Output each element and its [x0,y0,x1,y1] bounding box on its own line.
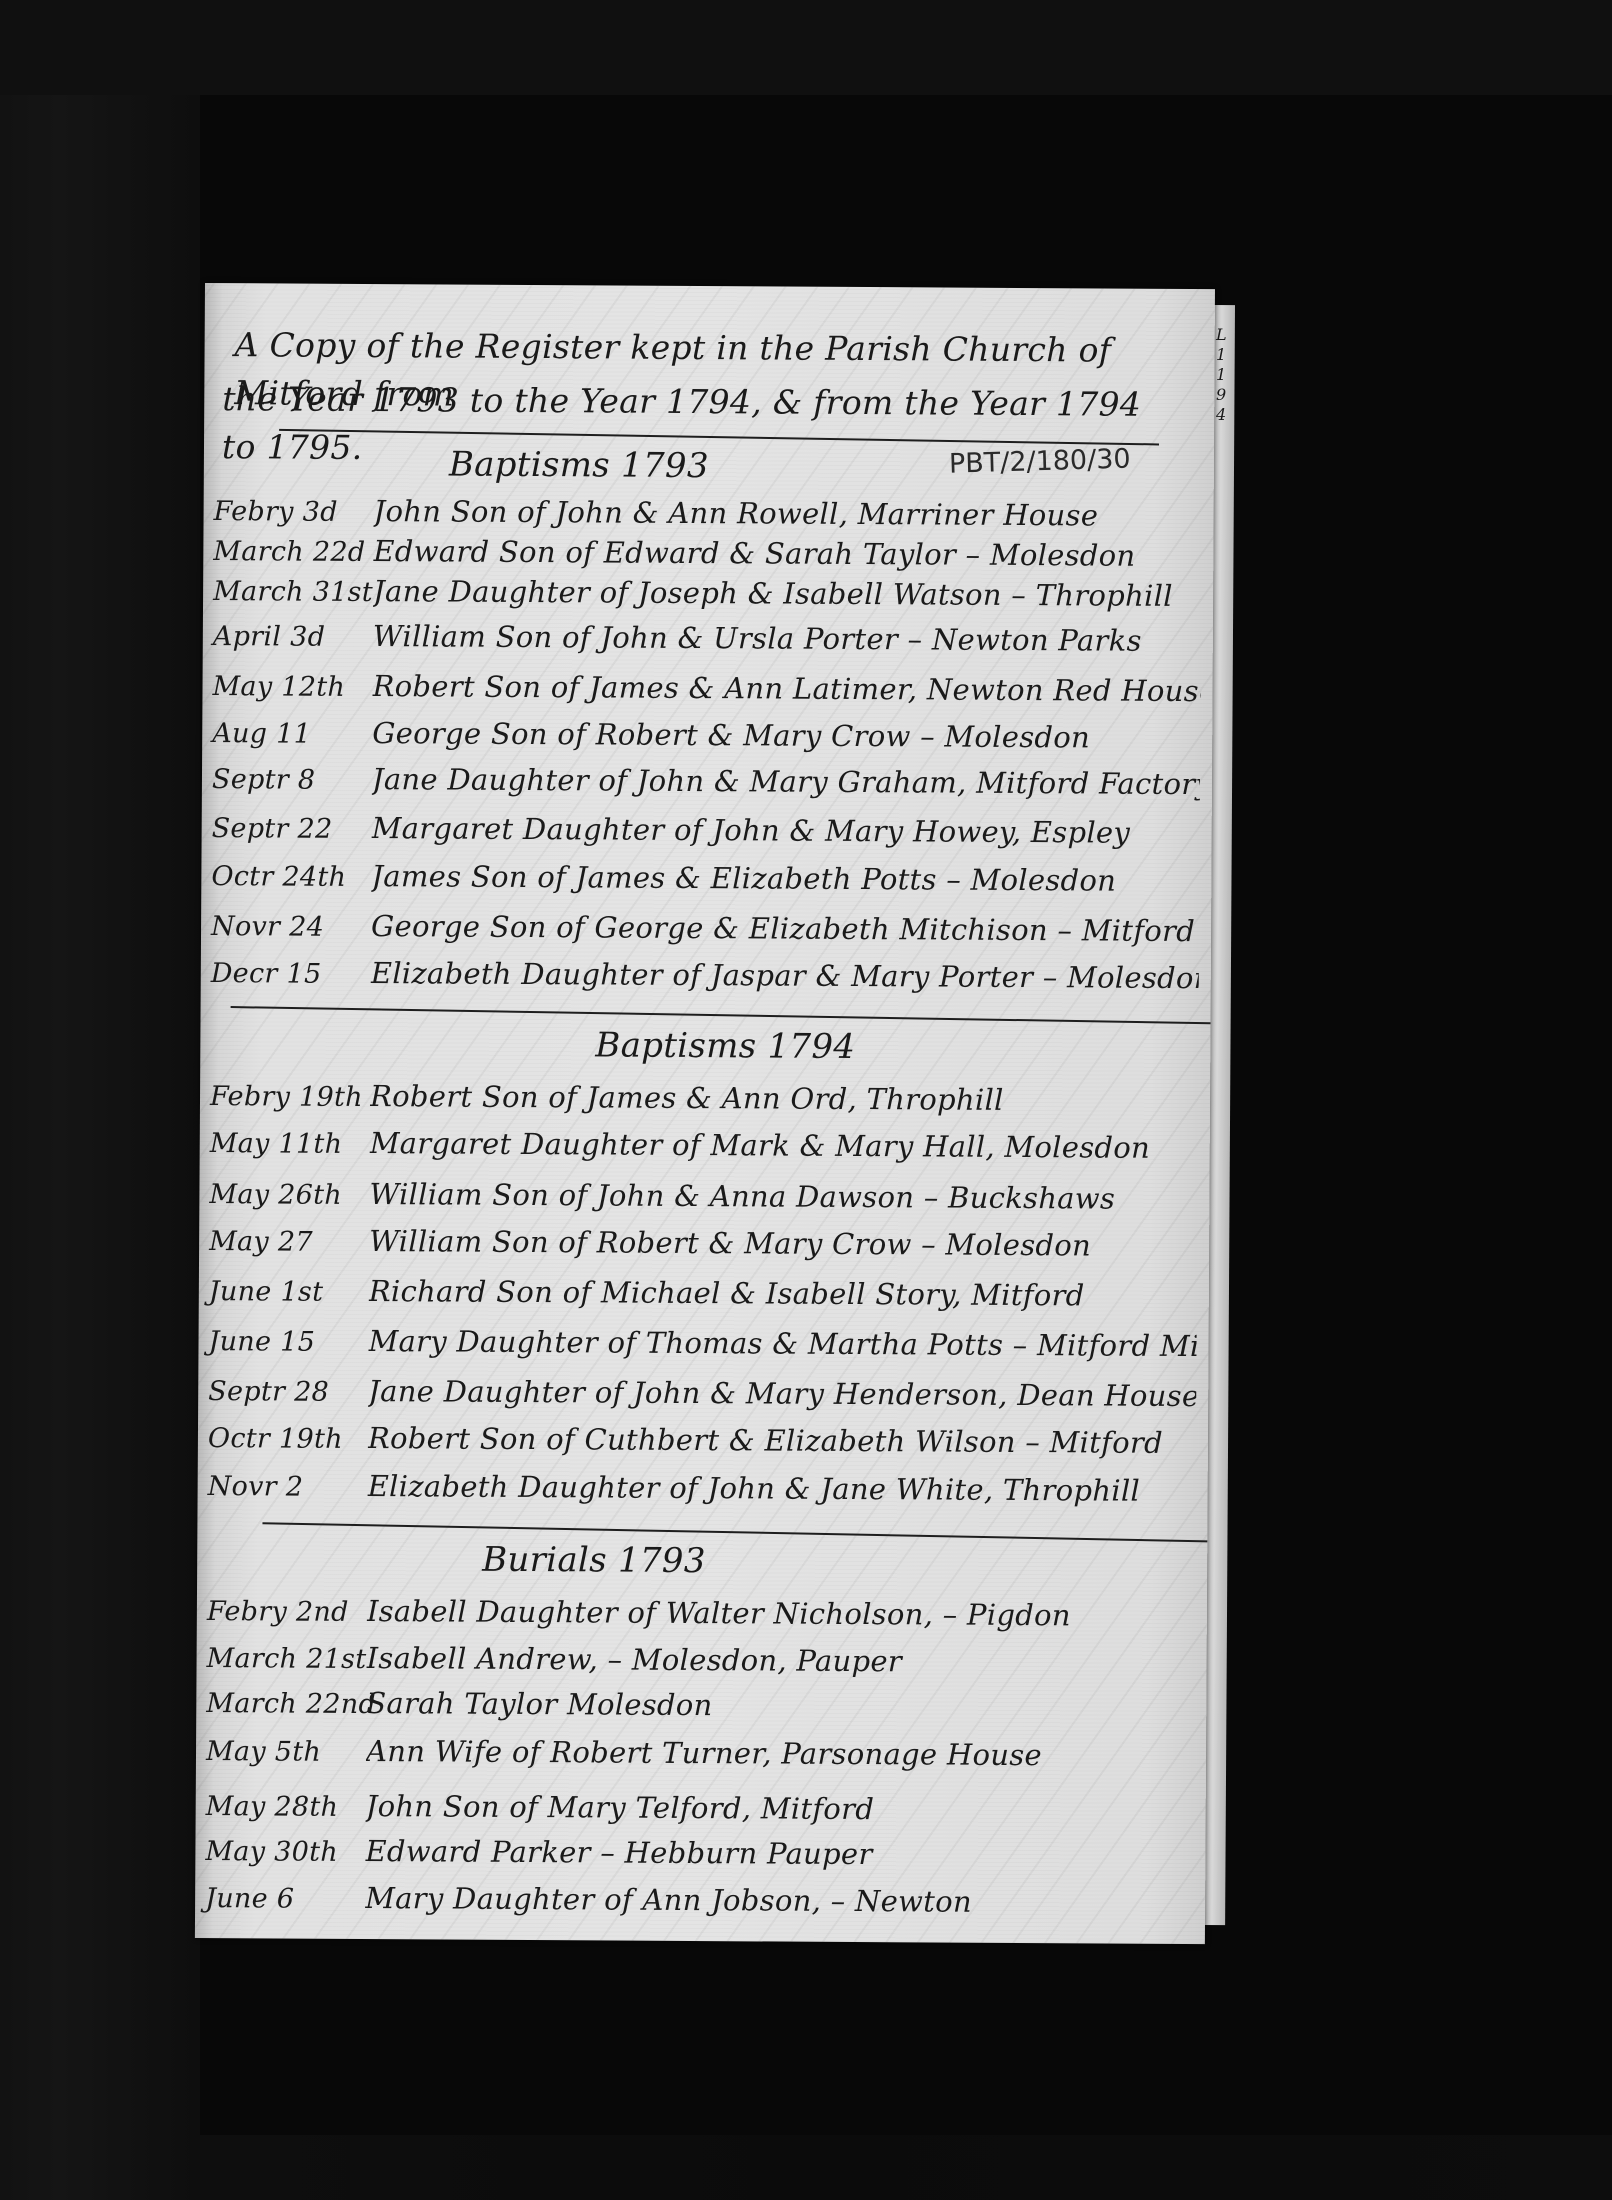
entry-text: Sarah Taylor Molesdon [366,1686,1194,1725]
register-entry: June 15 Mary Daughter of Thomas & Martha… [208,1323,1196,1371]
section-divider [231,1006,1211,1024]
entry-text: James Son of James & Elizabeth Potts – M… [371,859,1199,898]
register-entry: April 3d William Son of John & Ursla Por… [213,618,1201,666]
entry-text: Robert Son of Cuthbert & Elizabeth Wilso… [368,1421,1196,1460]
entry-text: Ann Wife of Robert Turner, Parsonage Hou… [366,1734,1194,1773]
entry-date: Septr 22 [212,813,372,845]
entry-date: March 22d [213,536,373,568]
entry-date: Novr 24 [211,911,371,943]
entry-date: May 30th [205,1836,365,1868]
section-divider [262,1522,1207,1542]
entry-text: Elizabeth Daughter of Jaspar & Mary Port… [371,956,1199,995]
register-entry: Septr 8 Jane Daughter of John & Mary Gra… [212,761,1200,809]
entry-date: May 28th [206,1791,366,1823]
entry-text: Robert Son of James & Ann Latimer, Newto… [372,669,1200,708]
register-entry: June 6 Mary Daughter of Ann Jobson, – Ne… [205,1880,1193,1928]
entry-date: March 31st [213,576,373,608]
entry-text: Edward Parker – Hebburn Pauper [365,1834,1193,1873]
entry-text: Robert Son of James & Ann Ord, Throphill [370,1079,1198,1118]
entry-date: May 11th [210,1128,370,1160]
register-entry: Septr 28 Jane Daughter of John & Mary He… [208,1373,1196,1421]
register-entry: Aug 11 George Son of Robert & Mary Crow … [212,715,1200,763]
entry-date: June 1st [209,1276,369,1308]
register-entry: March 31st Jane Daughter of Joseph & Isa… [213,573,1201,621]
register-entry: May 26th William Son of John & Anna Daws… [209,1176,1197,1224]
entry-date: May 27 [209,1226,369,1258]
section-title-baptisms-1793: Baptisms 1793 [449,444,709,486]
register-entry: Novr 2 Elizabeth Daughter of John & Jane… [208,1468,1196,1516]
entry-text: Richard Son of Michael & Isabell Story, … [369,1274,1197,1313]
register-entry: May 12th Robert Son of James & Ann Latim… [212,668,1200,716]
entry-date: Aug 11 [212,718,372,750]
entry-date: June 6 [205,1883,365,1915]
register-entry: Novr 24 George Son of George & Elizabeth… [211,908,1199,956]
entry-text: George Son of Robert & Mary Crow – Moles… [372,716,1200,755]
register-entry: Decr 15 Elizabeth Daughter of Jaspar & M… [211,955,1199,1003]
entry-text: Jane Daughter of John & Mary Graham, Mit… [372,762,1200,801]
entry-date: Septr 8 [212,764,372,796]
register-entry: May 27 William Son of Robert & Mary Crow… [209,1223,1197,1271]
entry-text: Mary Daughter of Thomas & Martha Potts –… [368,1324,1196,1363]
register-entry: Septr 22 Margaret Daughter of John & Mar… [212,810,1200,858]
register-entry: May 5th Ann Wife of Robert Turner, Parso… [206,1733,1194,1781]
entry-date: Octr 24th [211,861,371,893]
register-entry: March 22nd Sarah Taylor Molesdon [206,1685,1194,1733]
entry-date: Octr 19th [208,1423,368,1455]
entry-text: John Son of Mary Telford, Mitford [366,1789,1194,1828]
entry-text: Isabell Daughter of Walter Nicholson, – … [367,1594,1195,1633]
entry-text: Elizabeth Daughter of John & Jane White,… [368,1469,1196,1508]
entry-text: William Son of John & Anna Dawson – Buck… [369,1177,1197,1216]
entry-date: Novr 2 [208,1471,368,1503]
section-title-baptisms-1794: Baptisms 1794 [595,1025,855,1067]
register-entry: Febry 19th Robert Son of James & Ann Ord… [210,1078,1198,1126]
entry-date: Febry 2nd [207,1596,367,1628]
entry-date: March 22nd [206,1688,366,1720]
scanned-image: L 11 94 A Copy of the Register kept in t… [0,0,1612,2200]
entry-date: March 21st [207,1643,367,1675]
entry-date: April 3d [213,621,373,653]
register-entry: May 30th Edward Parker – Hebburn Pauper [205,1833,1193,1881]
register-entry: May 28th John Son of Mary Telford, Mitfo… [206,1788,1194,1836]
entry-text: John Son of John & Ann Rowell, Marriner … [374,494,1202,533]
register-entry: Octr 19th Robert Son of Cuthbert & Eliza… [208,1420,1196,1468]
section-title-burials-1793: Burials 1793 [482,1540,706,1581]
entry-text: Mary Daughter of Ann Jobson, – Newton [365,1881,1193,1920]
archive-reference: PBT/2/180/30 [949,443,1131,479]
register-entry: Octr 24th James Son of James & Elizabeth… [211,858,1199,906]
entry-text: Margaret Daughter of Mark & Mary Hall, M… [370,1126,1198,1165]
entry-date: May 12th [212,671,372,703]
register-entry: March 21st Isabell Andrew, – Molesdon, P… [206,1640,1194,1688]
register-entry: May 11th Margaret Daughter of Mark & Mar… [210,1125,1198,1173]
entry-text: William Son of Robert & Mary Crow – Mole… [369,1224,1197,1263]
margin-note: L 11 94 [1216,325,1234,425]
entry-date: May 26th [209,1179,369,1211]
scanner-background-top [0,0,1612,95]
entry-text: Edward Son of Edward & Sarah Taylor – Mo… [373,534,1201,573]
register-page: A Copy of the Register kept in the Paris… [195,283,1215,1944]
entry-date: Septr 28 [208,1376,368,1408]
entry-date: Decr 15 [211,958,371,990]
entry-text: Jane Daughter of John & Mary Henderson, … [368,1374,1196,1413]
entry-date: Febry 3d [214,496,374,528]
entry-text: George Son of George & Elizabeth Mitchis… [371,909,1199,948]
entry-text: Margaret Daughter of John & Mary Howey, … [372,811,1200,850]
entry-text: William Son of John & Ursla Porter – New… [373,619,1201,658]
entry-date: Febry 19th [210,1081,370,1113]
register-entry: Febry 2nd Isabell Daughter of Walter Nic… [207,1593,1195,1641]
register-entry: June 1st Richard Son of Michael & Isabel… [209,1273,1197,1321]
entry-date: June 15 [208,1326,368,1358]
entry-date: May 5th [206,1736,366,1768]
entry-text: Jane Daughter of Joseph & Isabell Watson… [373,574,1201,613]
entry-text: Isabell Andrew, – Molesdon, Pauper [366,1641,1194,1680]
